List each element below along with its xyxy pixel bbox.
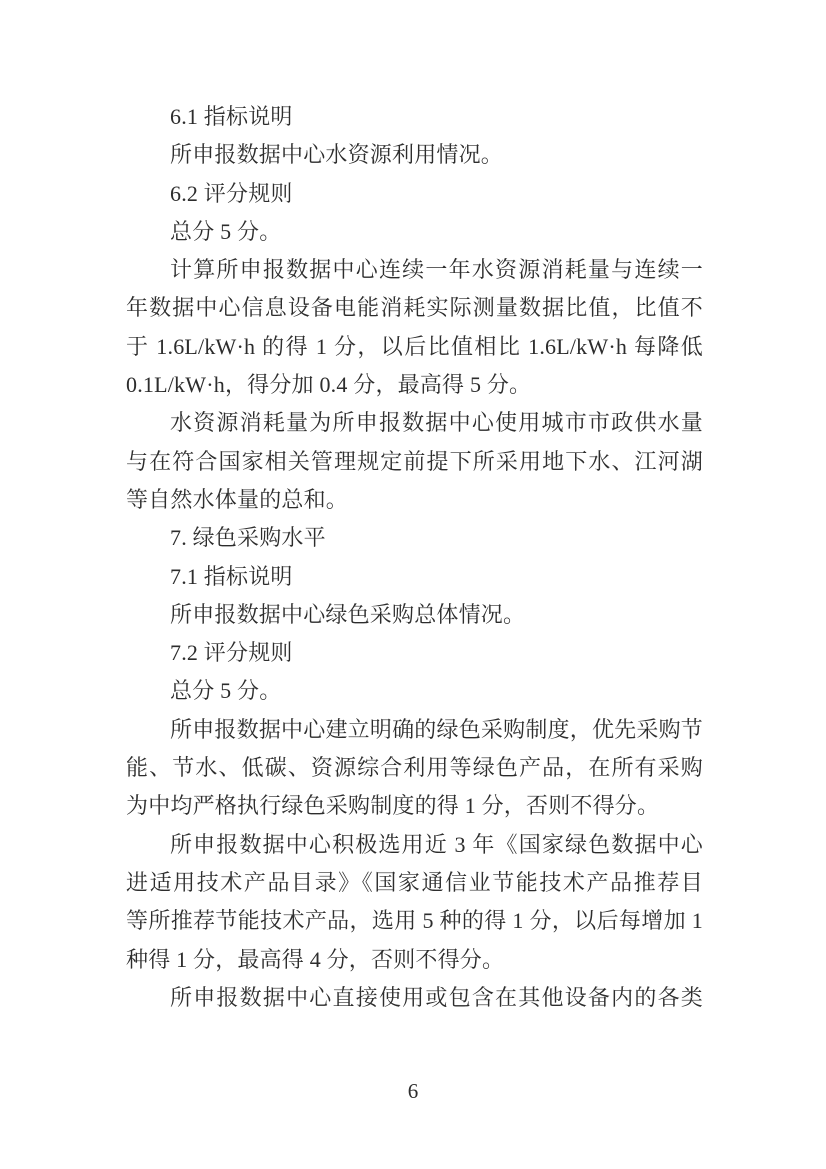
text-line: 7.2 评分规则 (126, 634, 703, 672)
text-line: 进适用技术产品目录》《国家通信业节能技术产品推荐目录》 (126, 864, 703, 902)
text-line: 与在符合国家相关管理规定前提下所采用地下水、江河湖水 (126, 443, 703, 481)
text-line: 所申报数据中心建立明确的绿色采购制度，优先采购节 (126, 711, 703, 749)
text-line: 总分 5 分。 (126, 672, 703, 710)
text-line: 6.1 指标说明 (126, 98, 703, 136)
text-line: 水资源消耗量为所申报数据中心使用城市市政供水量 (126, 404, 703, 442)
text-line: 计算所申报数据中心连续一年水资源消耗量与连续一 (126, 251, 703, 289)
text-line: 7.1 指标说明 (126, 558, 703, 596)
text-line: 7. 绿色采购水平 (126, 519, 703, 557)
text-line: 种得 1 分，最高得 4 分，否则不得分。 (126, 941, 703, 979)
text-line: 所申报数据中心水资源利用情况。 (126, 136, 703, 174)
text-line: 0.1L/kW·h，得分加 0.4 分，最高得 5 分。 (126, 366, 703, 404)
text-line: 为中均严格执行绿色采购制度的得 1 分，否则不得分。 (126, 787, 703, 825)
text-line: 所申报数据中心直接使用或包含在其他设备内的各类 (126, 979, 703, 1017)
text-line: 等自然水体量的总和。 (126, 481, 703, 519)
text-line: 于 1.6L/kW·h 的得 1 分，以后比值相比 1.6L/kW·h 每降低 (126, 328, 703, 366)
text-line: 所申报数据中心积极选用近 3 年《国家绿色数据中心先 (126, 826, 703, 864)
text-line: 等所推荐节能技术产品，选用 5 种的得 1 分，以后每增加 1 (126, 902, 703, 940)
page-number: 6 (0, 1077, 826, 1105)
text-line: 总分 5 分。 (126, 213, 703, 251)
text-line: 6.2 评分规则 (126, 175, 703, 213)
text-line: 所申报数据中心绿色采购总体情况。 (126, 596, 703, 634)
document-text-block: 6.1 指标说明所申报数据中心水资源利用情况。6.2 评分规则总分 5 分。计算… (126, 98, 703, 1017)
document-page: 6.1 指标说明所申报数据中心水资源利用情况。6.2 评分规则总分 5 分。计算… (0, 0, 826, 1169)
text-line: 能、节水、低碳、资源综合利用等绿色产品，在所有采购行 (126, 749, 703, 787)
text-line: 年数据中心信息设备电能消耗实际测量数据比值，比值不高 (126, 289, 703, 327)
